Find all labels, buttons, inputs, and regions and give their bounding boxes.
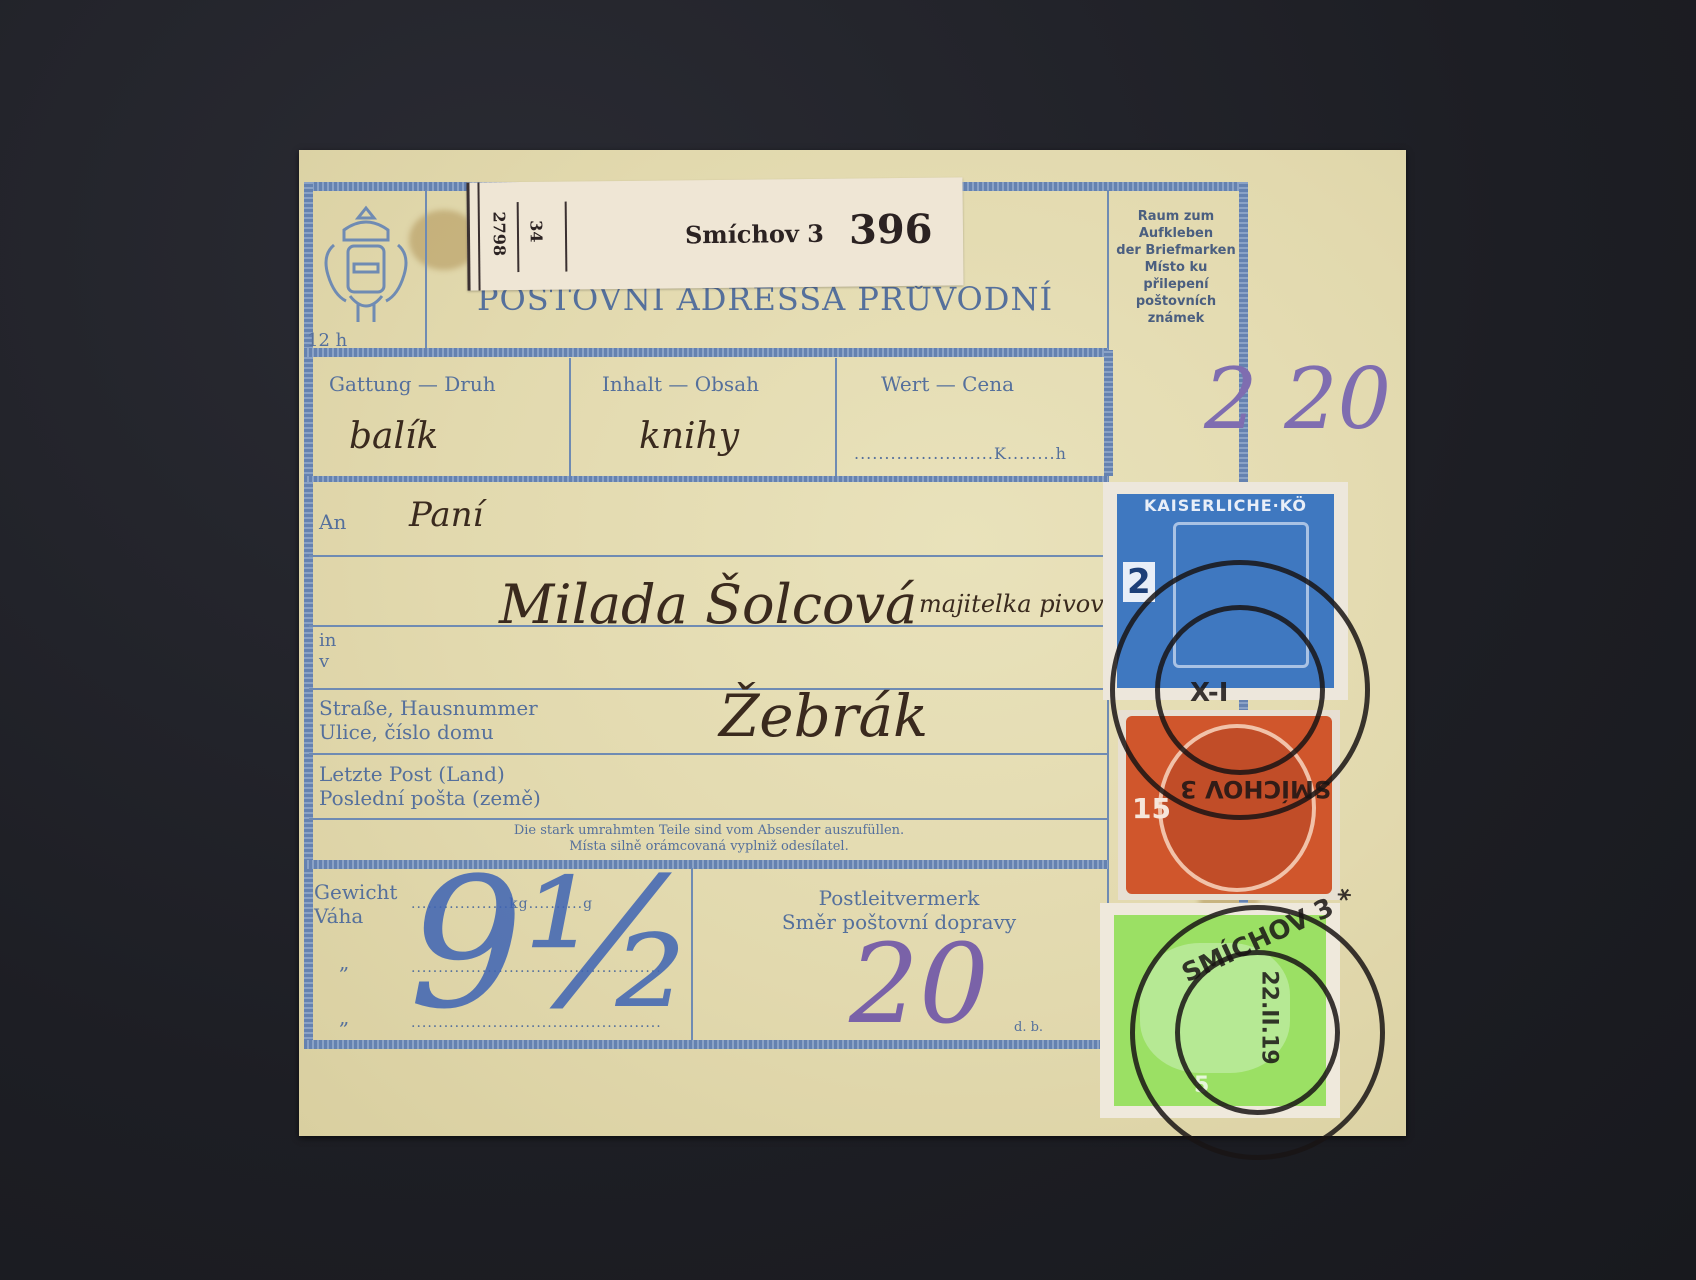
divider — [569, 358, 571, 478]
postleit-value: 20 — [849, 920, 989, 1048]
left-border — [304, 182, 313, 1042]
postmark-inner-ring — [1155, 605, 1325, 775]
divider — [835, 358, 837, 478]
stamp-legend: KAISERLICHE·KÖ — [1127, 496, 1324, 515]
stamp-area-label-line: der Briefmarken — [1111, 242, 1241, 259]
rule — [309, 753, 1109, 755]
strasse-label-cz: Ulice, číslo domu — [319, 720, 538, 744]
currency-h: h — [1056, 444, 1067, 463]
fee-note: 2 20 — [1204, 350, 1391, 448]
gattung-label: Gattung — Druh — [329, 372, 496, 396]
stamp-area-label-line: Místo ku přilepení — [1111, 259, 1241, 293]
wert-label: Wert — Cena — [881, 372, 1014, 396]
registration-number: 396 — [849, 206, 933, 254]
strasse-value: Žebrák — [719, 682, 928, 750]
gewicht-label-de: Gewicht — [314, 880, 397, 904]
db-mark: d. b. — [1014, 1020, 1043, 1035]
postmark-text: SMÍCHOV 3 — [1180, 775, 1331, 803]
postmark-date: 22.II.19 — [1257, 970, 1282, 1064]
letzte-post-label: Letzte Post (Land)Poslední pošta (země) — [319, 762, 541, 810]
postmark-date: X-I — [1190, 678, 1228, 708]
strasse-label: Straße, HausnummerUlice, číslo domu — [319, 696, 538, 744]
gattung-value: balík — [349, 416, 438, 457]
bottom-border — [304, 1040, 1108, 1049]
gewicht-value: 9½ — [409, 840, 698, 1049]
an-value: Paní — [409, 495, 483, 535]
divider-thick — [1104, 350, 1113, 476]
letzte-post-label-cz: Poslední pošta (země) — [319, 786, 541, 810]
strasse-label-de: Straße, Hausnummer — [319, 696, 538, 720]
rule — [309, 625, 1109, 627]
inhalt-value: knihy — [639, 416, 739, 457]
ditto-mark: „ — [339, 1005, 349, 1029]
in-label: inv — [319, 630, 336, 672]
gewicht-label-cz: Váha — [314, 904, 397, 928]
gewicht-label: GewichtVáha — [314, 880, 397, 928]
rule — [309, 688, 1109, 690]
ditto-mark: „ — [339, 950, 349, 974]
in-label-cz: v — [319, 651, 336, 672]
row-border — [304, 476, 1108, 482]
postmark-1: X-I SMÍCHOV 3 — [1110, 560, 1370, 820]
coat-of-arms-icon — [314, 200, 418, 330]
stamp-area-label-line: Raum zum Aufkleben — [1111, 208, 1241, 242]
postleit-label-de: Postleitvermerk — [699, 886, 1099, 910]
in-label-de: in — [319, 630, 336, 651]
registration-label: 2798 34 Smíchov 3 396 — [466, 177, 963, 290]
side-number-2: 34 — [526, 220, 545, 242]
header-bottom-border — [304, 348, 1108, 357]
stamp-area-label-line: poštovních známek — [1111, 293, 1241, 327]
slip-edge — [466, 182, 480, 290]
postmark-2: SMÍCHOV 3 * 22.II.19 — [1130, 905, 1390, 1165]
letzte-post-label-de: Letzte Post (Land) — [319, 762, 541, 786]
wert-dots: .......................K........h — [854, 444, 1067, 463]
rule — [309, 818, 1109, 820]
an-label: An — [319, 510, 346, 534]
currency-k: K — [994, 444, 1007, 463]
instructions-de: Die stark umrahmten Teile sind vom Absen… — [309, 823, 1109, 839]
rule — [309, 555, 1109, 557]
divider — [425, 190, 427, 348]
registration-office: Smíchov 3 — [685, 219, 824, 249]
stamp-area-label: Raum zum Aufkleben der Briefmarken Místo… — [1111, 208, 1241, 327]
side-number-1: 2798 — [490, 211, 509, 256]
inhalt-label: Inhalt — Obsah — [602, 372, 759, 396]
